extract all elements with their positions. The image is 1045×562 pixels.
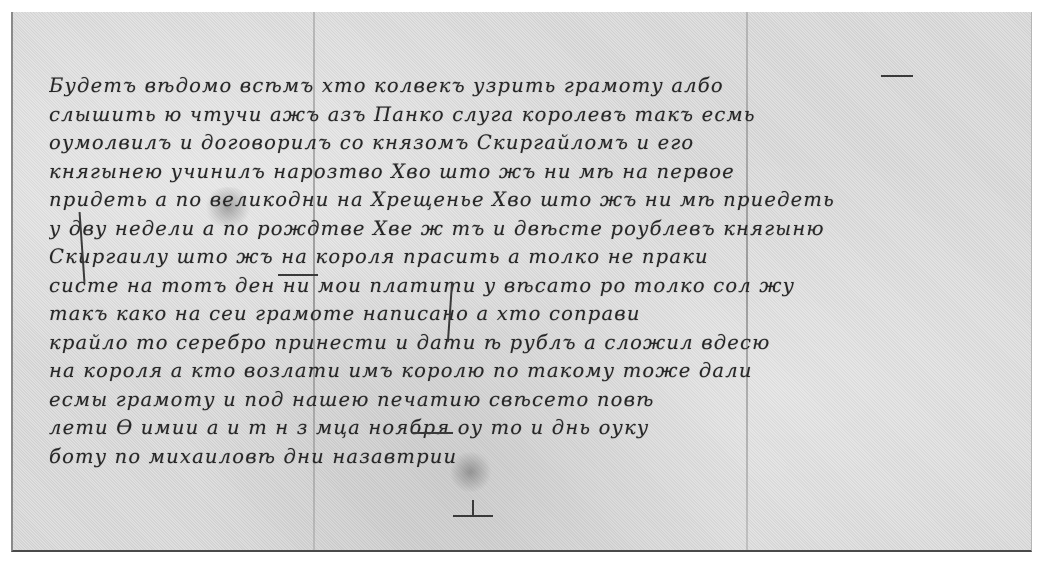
titlo-mark [278,274,318,276]
text-line-4: княгынею учинилъ нарозтво Хво што жъ ни … [49,158,1019,187]
text-line-14: боту по михаиловѣ дни назавтрии [49,443,1019,472]
text-line-12: есмы грамоту и под нашею печатию свѣсето… [49,386,1019,415]
text-line-9: такъ како на сеи грамоте написано а хто … [49,300,1019,329]
text-line-10: крайло то серебро принести и дати ѣ рубл… [49,329,1019,358]
seal-cord-line [472,500,474,516]
titlo-mark [881,75,913,77]
text-line-2: слышить ю чтучи ажъ азъ Панко слуга коро… [49,101,1019,130]
manuscript-sheet: Будетъ вѣдомо всѣмъ хто колвекъ узрить г… [11,12,1032,552]
text-line-1: Будетъ вѣдомо всѣмъ хто колвекъ узрить г… [49,72,1019,101]
text-line-7: Скиргаилу што жъ на короля прасить а тол… [49,243,1019,272]
text-line-3: оумолвилъ и договорилъ со князомъ Скирга… [49,129,1019,158]
text-line-8: систе на тотъ ден ни мои платити у вѣсат… [49,272,1019,301]
titlo-mark [413,432,453,434]
manuscript-text: Будетъ вѣдомо всѣмъ хто колвекъ узрить г… [49,72,1019,471]
text-line-13: лети Ѳ имии а и т н з мца ноября оу то и… [49,414,1019,443]
text-line-5: придеть а по великодни на Хрещенье Хво ш… [49,186,1019,215]
text-line-11: на короля а кто возлати имъ королю по та… [49,357,1019,386]
text-line-6: у дву недели а по рождтве Хве ж тъ и двѣ… [49,215,1019,244]
